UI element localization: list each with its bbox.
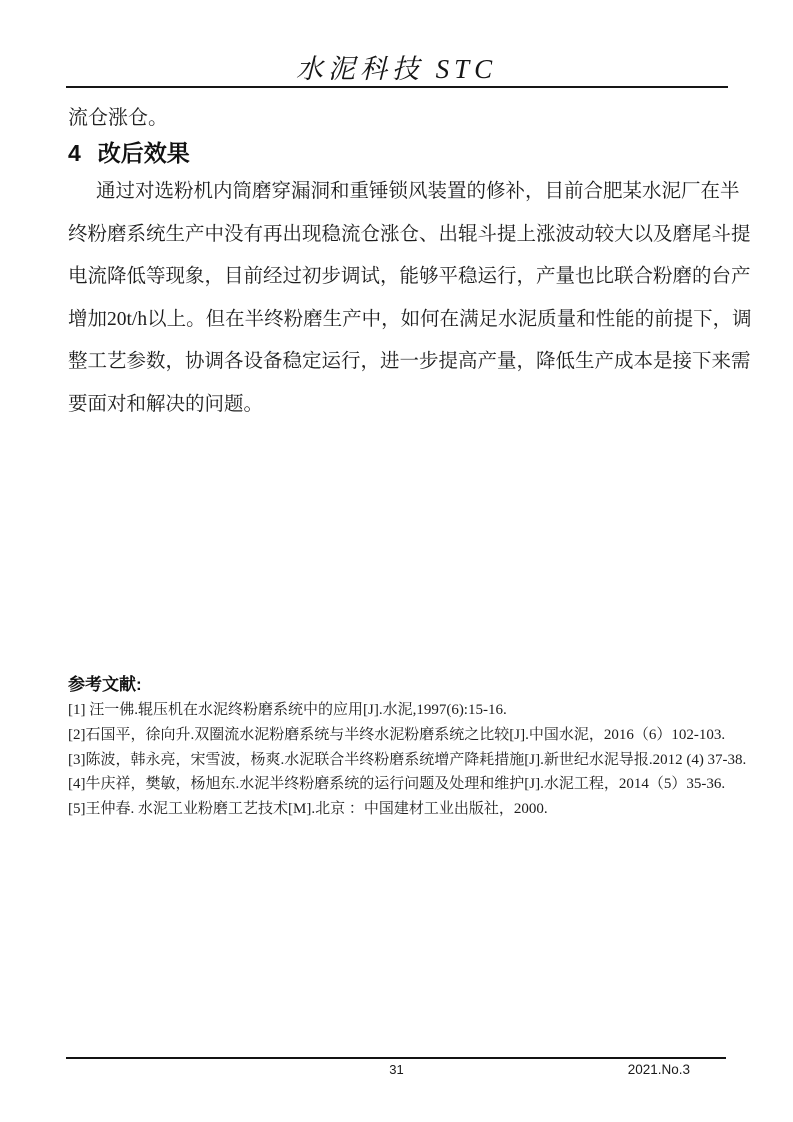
body-paragraph: 通过对选粉机内筒磨穿漏洞和重锤锁风装置的修补，目前合肥某水泥厂在半 终粉磨系统生… xyxy=(68,171,726,426)
document-page: 水泥科技 STC 流仓涨仓。 4改后效果 通过对选粉机内筒磨穿漏洞和重锤锁风装置… xyxy=(0,0,793,1122)
paragraph-line: 要面对和解决的问题。 xyxy=(68,384,726,427)
reference-item: [5]王仲春. 水泥工业粉磨工艺技术[M].北京 ：中国建材工业出版社，2000… xyxy=(68,797,750,822)
references-heading: 参考文献: xyxy=(68,671,750,698)
paragraph-line: 通过对选粉机内筒磨穿漏洞和重锤锁风装置的修补，目前合肥某水泥厂在半 xyxy=(68,171,726,214)
section-number: 4 xyxy=(68,140,81,166)
paragraph-line: 增加20t/h以上。但在半终粉磨生产中，如何在满足水泥质量和性能的前提下，调 xyxy=(68,299,726,342)
paragraph-line: 整工艺参数，协调各设备稳定运行，进一步提高产量，降低生产成本是接下来需 xyxy=(68,341,726,384)
paragraph-line: 电流降低等现象，目前经过初步调试，能够平稳运行，产量也比联合粉磨的台产 xyxy=(68,256,726,299)
carryover-text: 流仓涨仓。 xyxy=(68,101,168,130)
references-section: 参考文献: [1] 汪一佛.辊压机在水泥终粉磨系统中的应用[J].水泥,1997… xyxy=(68,671,750,822)
reference-item: [4]牛庆祥，樊敏，杨旭东.水泥半终粉磨系统的运行问题及处理和维护[J].水泥工… xyxy=(68,772,750,797)
section-title: 改后效果 xyxy=(98,140,190,166)
footer-divider xyxy=(66,1057,726,1059)
journal-header-title: 水泥科技 STC xyxy=(0,47,793,86)
issue-number: 2021.No.3 xyxy=(628,1062,690,1077)
reference-item: [3]陈波，韩永亮，宋雪波，杨爽.水泥联合半终粉磨系统增产降耗措施[J].新世纪… xyxy=(68,748,750,773)
header-divider xyxy=(66,86,728,88)
reference-item: [2]石国平，徐向升.双圈流水泥粉磨系统与半终水泥粉磨系统之比较[J].中国水泥… xyxy=(68,723,750,748)
paragraph-line: 终粉磨系统生产中没有再出现稳流仓涨仓、出辊斗提上涨波动较大以及磨尾斗提 xyxy=(68,214,726,257)
reference-item: [1] 汪一佛.辊压机在水泥终粉磨系统中的应用[J].水泥,1997(6):15… xyxy=(68,698,750,723)
section-heading: 4改后效果 xyxy=(68,135,190,168)
